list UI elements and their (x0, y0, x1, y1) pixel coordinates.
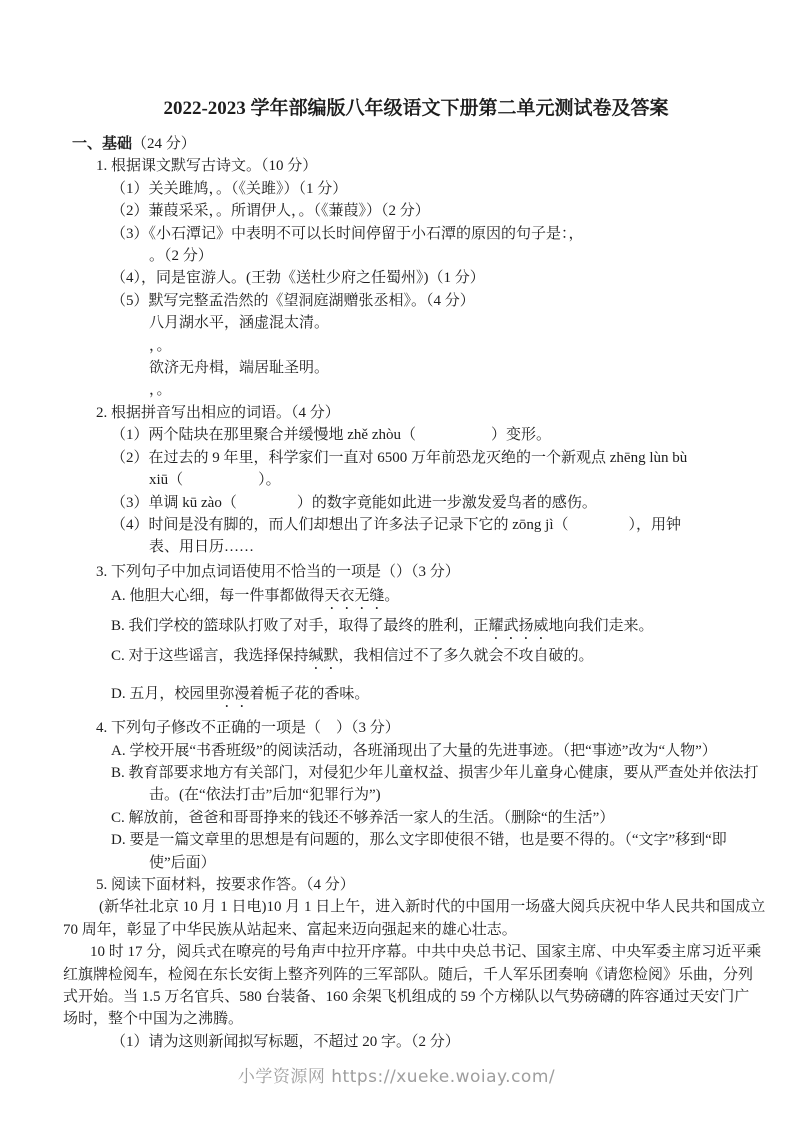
text-line: （3）单调 kū zào（ ）的数字竟能如此进一步激发爱鸟者的感伤。 (63, 492, 769, 514)
text-line: 。（2 分） (63, 245, 769, 267)
text-line: 使”后面） (63, 852, 769, 874)
text-line: 红旗牌检阅车，检阅在东长安街上整齐列阵的三军部队。随后，千人军乐团奏响《请您检阅… (63, 964, 769, 986)
text-line: 1. 根据课文默写古诗文。（10 分） (63, 155, 769, 177)
emphasized-term: 缄默 (309, 648, 339, 664)
text-line: A. 学校开展“书香班级”的阅读活动，各班涌现出了大量的先进事迹。（把“事迹”改… (63, 740, 769, 762)
text-line: 5. 阅读下面材料，按要求作答。（4 分） (63, 874, 769, 896)
text-line: A. 他胆大心细，每一件事都做得天衣无缝。 (63, 585, 769, 613)
text-line: （4），同是宦游人。(王勃《送杜少府之任蜀州》)（1 分） (63, 267, 769, 289)
exam-paper-page: 2022-2023 学年部编版八年级语文下册第二单元测试卷及答案 一、基础（24… (0, 0, 793, 1122)
text-line: D. 五月，校园里弥漫着栀子花的香味。 (63, 683, 769, 711)
text-line: (新华社北京 10 月 1 日电)10 月 1 日上午，进入新时代的中国用一场盛… (63, 896, 769, 918)
text-line: 欲济无舟楫，端居耻圣明。 (63, 357, 769, 379)
text-line: B. 教育部要求地方有关部门，对侵犯少年儿童权益、损害少年儿童身心健康，要从严查… (63, 762, 769, 784)
text-line: 3. 下列句子中加点词语使用不恰当的一项是（）（3 分） (63, 561, 769, 583)
text-line: B. 我们学校的篮球队打败了对手，取得了最终的胜利，正耀武扬威地向我们走来。 (63, 615, 769, 643)
text-line: 场时，整个中国为之沸腾。 (63, 1008, 769, 1030)
text-line: 4. 下列句子修改不正确的一项是（ ）（3 分） (63, 717, 769, 739)
text-line: C. 对于这些谣言，我选择保持缄默，我相信过不了多久就会不攻自破的。 (63, 645, 769, 673)
text-line: （1）关关雎鸠，。（《关雎》）（1 分） (63, 178, 769, 200)
document-content: 2022-2023 学年部编版八年级语文下册第二单元测试卷及答案 一、基础（24… (0, 0, 793, 1053)
text-line: （4）时间是没有脚的，而人们却想出了许多法子记录下它的 zōng jì（ ），用… (63, 514, 769, 536)
text-line: （2）在过去的 9 年里，科学家们一直对 6500 万年前恐龙灭绝的一个新观点 … (63, 447, 769, 469)
text-line: 击。(在“依法打击”后加“犯罪行为”) (63, 784, 769, 806)
text-line: 式开始。当 1.5 万名官兵、580 台装备、160 余架飞机组成的 59 个方… (63, 986, 769, 1008)
text-line: 10 时 17 分，阅兵式在嘹亮的号角声中拉开序幕。中共中央总书记、国家主席、中… (63, 941, 769, 963)
text-line: xiū（ ）。 (63, 469, 769, 491)
text-line: ，。 (63, 379, 769, 401)
text-line: 2. 根据拼音写出相应的词语。（4 分） (63, 402, 769, 424)
text-line: 八月湖水平，涵虚混太清。 (63, 312, 769, 334)
document-lines: 一、基础（24 分）1. 根据课文默写古诗文。（10 分）（1）关关雎鸠，。（《… (63, 133, 769, 1053)
emphasized-term: 耀武扬威 (489, 618, 549, 634)
text-line: （1）两个陆块在那里聚合并缓慢地 zhě zhòu（ ）变形。 (63, 424, 769, 446)
text-line: D. 要是一篇文章里的思想是有问题的，那么文字即使很不错，也是要不得的。（“文字… (63, 829, 769, 851)
page-title: 2022-2023 学年部编版八年级语文下册第二单元测试卷及答案 (63, 95, 769, 123)
emphasized-term: 天衣无缝 (324, 588, 384, 604)
text-line: （3）《小石潭记》中表明不可以长时间停留于小石潭的原因的句子是：， (63, 223, 769, 245)
text-line: ，。 (63, 335, 769, 357)
watermark-footer: 小学资源网 https://xueke.woiay.com/ (0, 1062, 793, 1087)
emphasized-term: 弥漫 (219, 686, 249, 702)
text-line: （1）请为这则新闻拟写标题，不超过 20 字。（2 分） (63, 1031, 769, 1053)
text-line: 一、基础（24 分） (63, 133, 769, 155)
text-line: 70 周年，彰显了中华民族从站起来、富起来迈向强起来的雄心壮志。 (63, 919, 769, 941)
text-line: （2）蒹葭采采，。所谓伊人，。（《蒹葭》）（2 分） (63, 200, 769, 222)
text-line: （5）默写完整孟浩然的《望洞庭湖赠张丞相》。（4 分） (63, 290, 769, 312)
text-line: C. 解放前，爸爸和哥哥挣来的钱还不够养活一家人的生活。（删除“的生活”） (63, 807, 769, 829)
text-line: 表、用日历…… (63, 536, 769, 558)
